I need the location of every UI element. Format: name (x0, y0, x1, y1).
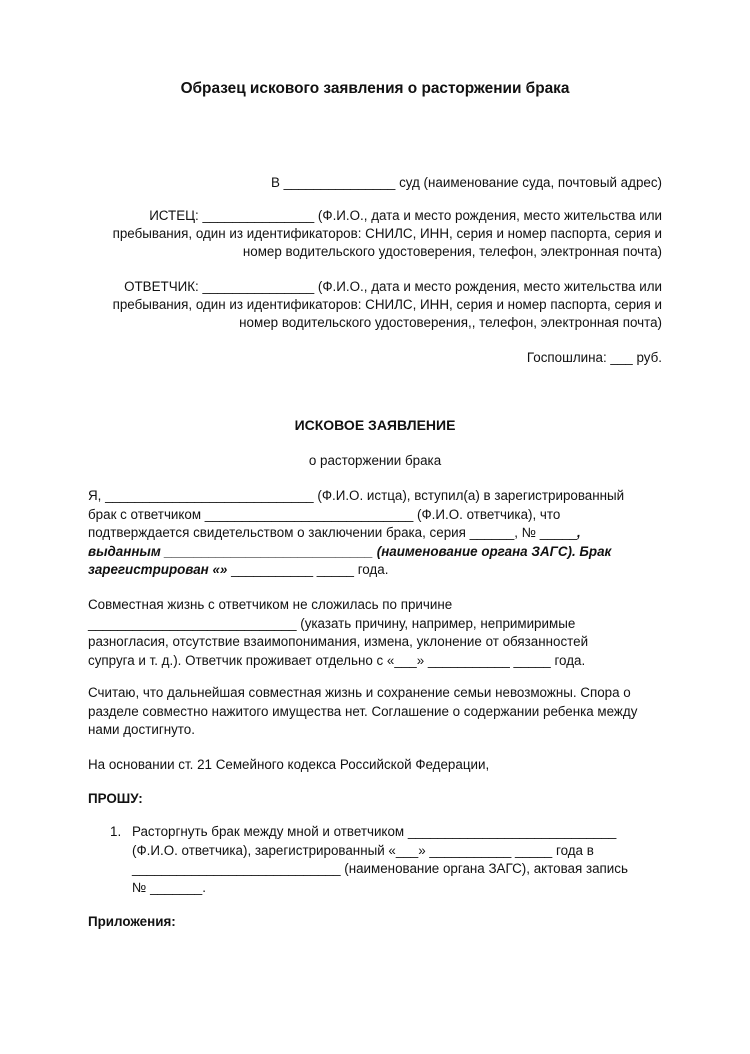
paragraph-reason: Совместная жизнь с ответчиком не сложила… (88, 596, 668, 670)
paragraph-line: Считаю, что дальнейшая совместная жизнь … (88, 684, 668, 703)
document-title: Образец искового заявления о расторжении… (0, 80, 750, 98)
plaintiff-line: номер водительского удостоверения, телеф… (113, 243, 662, 261)
paragraph-line: Совместная жизнь с ответчиком не сложила… (88, 596, 668, 615)
paragraph-line: брак с ответчиком ______________________… (88, 506, 668, 525)
paragraph-line: разногласия, отсутствие взаимопонимания,… (88, 633, 668, 652)
request-item-line: ____________________________ (наименован… (132, 860, 670, 879)
request-item-text: Расторгнуть брак между мной и ответчиком… (132, 823, 670, 897)
paragraph-impossibility: Считаю, что дальнейшая совместная жизнь … (88, 684, 668, 740)
court-line: В _______________ суд (наименование суда… (271, 174, 662, 192)
paragraph-marriage-details: Я, ____________________________ (Ф.И.О. … (88, 487, 668, 580)
defendant-line: номер водительского удостоверения,, теле… (113, 314, 662, 332)
state-fee-line: Госпошлина: ___ руб. (527, 349, 662, 367)
claim-heading: ИСКОВОЕ ЗАЯВЛЕНИЕ (0, 417, 750, 433)
request-item-line: № _______. (132, 879, 670, 898)
attachments-heading: Приложения: (88, 913, 668, 932)
request-heading: ПРОШУ: (88, 790, 668, 809)
paragraph-legal-basis: На основании ст. 21 Семейного кодекса Ро… (88, 756, 668, 775)
claim-subheading: о расторжении брака (0, 453, 750, 468)
paragraph-line: подтверждается свидетельством о заключен… (88, 524, 668, 543)
plaintiff-block: ИСТЕЦ: _______________ (Ф.И.О., дата и м… (113, 207, 662, 261)
paragraph-line: выданным ____________________________ (н… (88, 543, 668, 562)
paragraph-line: разделе совместно нажитого имущества нет… (88, 703, 668, 722)
text-normal: ___________ _____ года. (227, 562, 388, 577)
paragraph-line: Я, ____________________________ (Ф.И.О. … (88, 487, 668, 506)
document-page: Образец искового заявления о расторжении… (0, 0, 750, 1054)
request-item-line: Расторгнуть брак между мной и ответчиком… (132, 823, 670, 842)
request-item-line: (Ф.И.О. ответчика), зарегистрированный «… (132, 842, 670, 861)
defendant-line: ОТВЕТЧИК: _______________ (Ф.И.О., дата … (113, 278, 662, 296)
defendant-block: ОТВЕТЧИК: _______________ (Ф.И.О., дата … (113, 278, 662, 332)
text-normal: подтверждается свидетельством о заключен… (88, 525, 577, 540)
paragraph-line: супруга и т. д.). Ответчик проживает отд… (88, 652, 668, 671)
paragraph-line: нами достигнуто. (88, 721, 668, 740)
paragraph-line: ____________________________ (указать пр… (88, 615, 668, 634)
text-bold-italic: , (577, 525, 581, 540)
plaintiff-line: пребывания, один из идентификаторов: СНИ… (113, 225, 662, 243)
text-bold-italic: зарегистрирован «» (88, 562, 227, 577)
plaintiff-line: ИСТЕЦ: _______________ (Ф.И.О., дата и м… (113, 207, 662, 225)
request-item: 1. Расторгнуть брак между мной и ответчи… (110, 823, 670, 897)
defendant-line: пребывания, один из идентификаторов: СНИ… (113, 296, 662, 314)
paragraph-line: зарегистрирован «» ___________ _____ год… (88, 561, 668, 580)
request-item-number: 1. (110, 823, 121, 842)
